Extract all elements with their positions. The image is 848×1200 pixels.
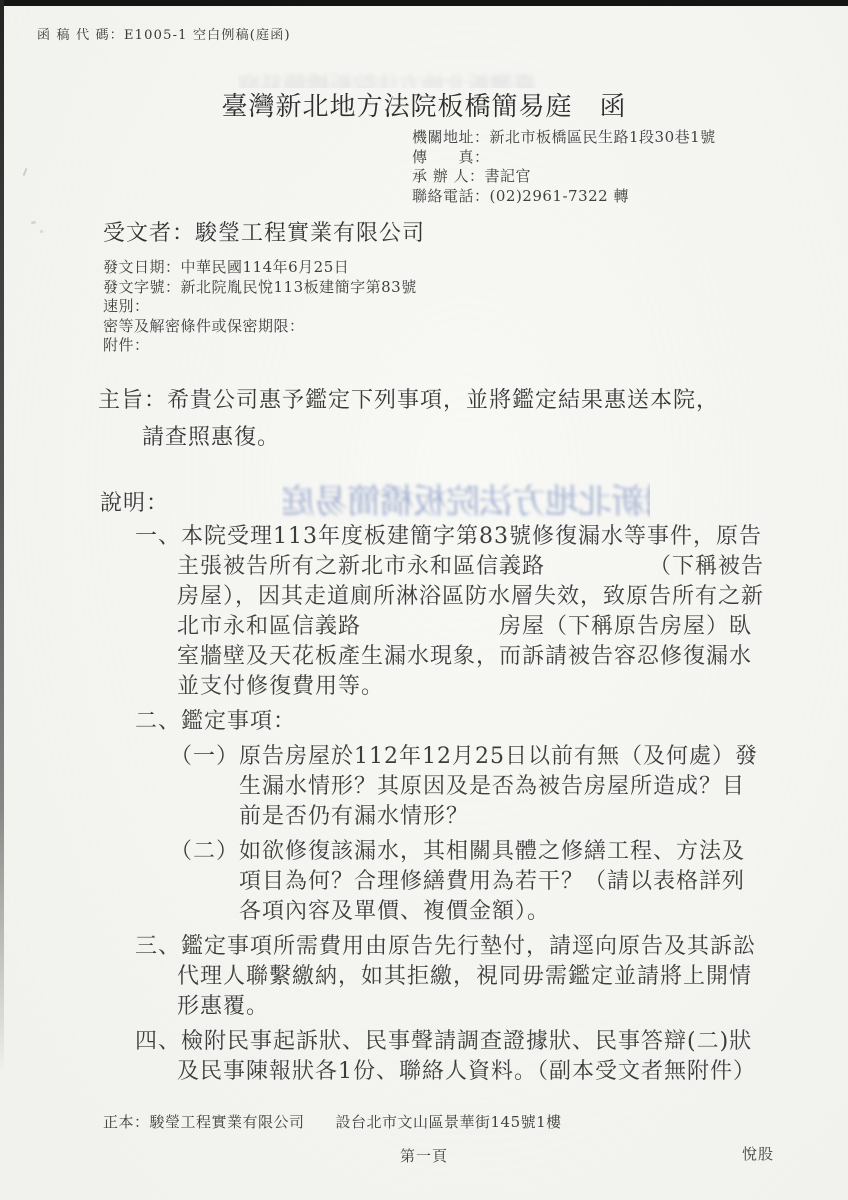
agency-clerk: 承 辦 人：書記官	[412, 167, 716, 187]
page-number: 第一頁	[0, 1145, 848, 1166]
court-division-label: 悅股	[742, 1143, 774, 1164]
meta-block: 發文日期：中華民國114年6月25日 發文字號：新北院胤民悅113板建簡字第83…	[103, 258, 417, 356]
attachment-line: 附件：	[103, 336, 417, 356]
scanned-court-letter-page: 函 稿 代 碼：E1005-1 空白例稿(庭函) 臺灣新北地方法院板橋簡易庭 臺…	[0, 0, 848, 1200]
original-copy-line: 正本：駿瑩工程實業有限公司 設台北市文山區景華街145號1樓	[103, 1111, 562, 1132]
scan-artifact-speck	[40, 230, 43, 233]
recipient-line: 受文者：駿瑩工程實業有限公司	[103, 216, 425, 247]
ink-bleed-through-top: 臺灣新北地方法院板橋簡易庭	[238, 66, 624, 88]
speed-line: 速別：	[103, 297, 417, 317]
scan-edge-left	[0, 0, 4, 1075]
item-text: 檢附民事起訴狀、民事聲請調查證據狀、民事答辯(二)狀及民事陳報狀各1份、聯絡人資…	[177, 1029, 756, 1084]
scan-artifact-speck	[31, 221, 36, 225]
subject-text: 希貴公司惠予鑑定下列事項，並將鑑定結果惠送本院，請查照惠復。	[142, 388, 719, 450]
explanation-list: 一、本院受理113年度板建簡字第83號修復漏水等事件，原告主張被告所有之新北市永…	[135, 522, 795, 1092]
item-marker: 三、	[135, 934, 181, 959]
subject-paragraph: 主旨：希貴公司惠予鑑定下列事項，並將鑑定結果惠送本院，請查照惠復。	[98, 382, 732, 456]
ink-bleed-text: 臺灣新北地方法院板橋簡易庭	[238, 66, 537, 88]
issue-date-line: 發文日期：中華民國114年6月25日	[103, 258, 417, 278]
item-marker: （二）	[170, 839, 239, 864]
explanation-item-2: 二、鑑定事項：	[135, 707, 765, 737]
explanation-item-2-sub-2: （二）如欲修復該漏水，其相關具體之修繕工程、方法及項目為何？合理修繕費用為若干？…	[170, 837, 762, 927]
explanation-item-4: 四、檢附民事起訴狀、民事聲請調查證據狀、民事答辯(二)狀及民事陳報狀各1份、聯絡…	[135, 1027, 765, 1087]
subject-label: 主旨：	[98, 388, 167, 413]
court-stamp-text: 臺灣新北地方法院板橋簡易庭	[282, 474, 650, 523]
item-marker: 四、	[135, 1029, 181, 1054]
scan-artifact-speck	[23, 168, 28, 176]
item-text: 原告房屋於112年12月25日以前有無（及何處）發生漏水情形？其原因及是否為被告…	[239, 744, 758, 829]
document-title: 臺灣新北地方法院板橋簡易庭 函	[0, 86, 848, 123]
item-marker: 二、	[135, 709, 181, 734]
item-text: 如欲修復該漏水，其相關具體之修繕工程、方法及項目為何？合理修繕費用為若干？（請以…	[239, 839, 745, 924]
agency-info-block: 機關地址：新北市板橋區民生路1段30巷1號 傳 真： 承 辦 人：書記官 聯絡電…	[412, 128, 716, 206]
explanation-item-2-sub-1: （一）原告房屋於112年12月25日以前有無（及何處）發生漏水情形？其原因及是否…	[170, 742, 762, 832]
item-text: 鑑定事項：	[181, 709, 296, 734]
agency-phone: 聯絡電話：(02)2961-7322 轉	[412, 187, 716, 207]
item-text: 本院受理113年度板建簡字第83號修復漏水等事件，原告主張被告所有之新北市永和區…	[177, 524, 764, 699]
item-marker: 一、	[135, 524, 181, 549]
doc-number-line: 發文字號：新北院胤民悅113板建簡字第83號	[103, 278, 417, 298]
agency-address: 機關地址：新北市板橋區民生路1段30巷1號	[412, 128, 716, 148]
scan-edge-top	[0, 0, 848, 6]
security-line: 密等及解密條件或保密期限：	[103, 317, 417, 337]
item-marker: （一）	[170, 744, 239, 769]
explanation-item-1: 一、本院受理113年度板建簡字第83號修復漏水等事件，原告主張被告所有之新北市永…	[135, 522, 765, 702]
explanation-item-3: 三、鑑定事項所需費用由原告先行墊付，請逕向原告及其訴訟代理人聯繫繳納，如其拒繳，…	[135, 932, 765, 1022]
agency-fax: 傳 真：	[412, 148, 716, 168]
item-text: 鑑定事項所需費用由原告先行墊付，請逕向原告及其訴訟代理人聯繫繳納，如其拒繳，視同…	[177, 934, 756, 1019]
draft-code-line: 函 稿 代 碼：E1005-1 空白例稿(庭函)	[37, 24, 291, 43]
explanation-label: 說明：	[100, 486, 169, 517]
